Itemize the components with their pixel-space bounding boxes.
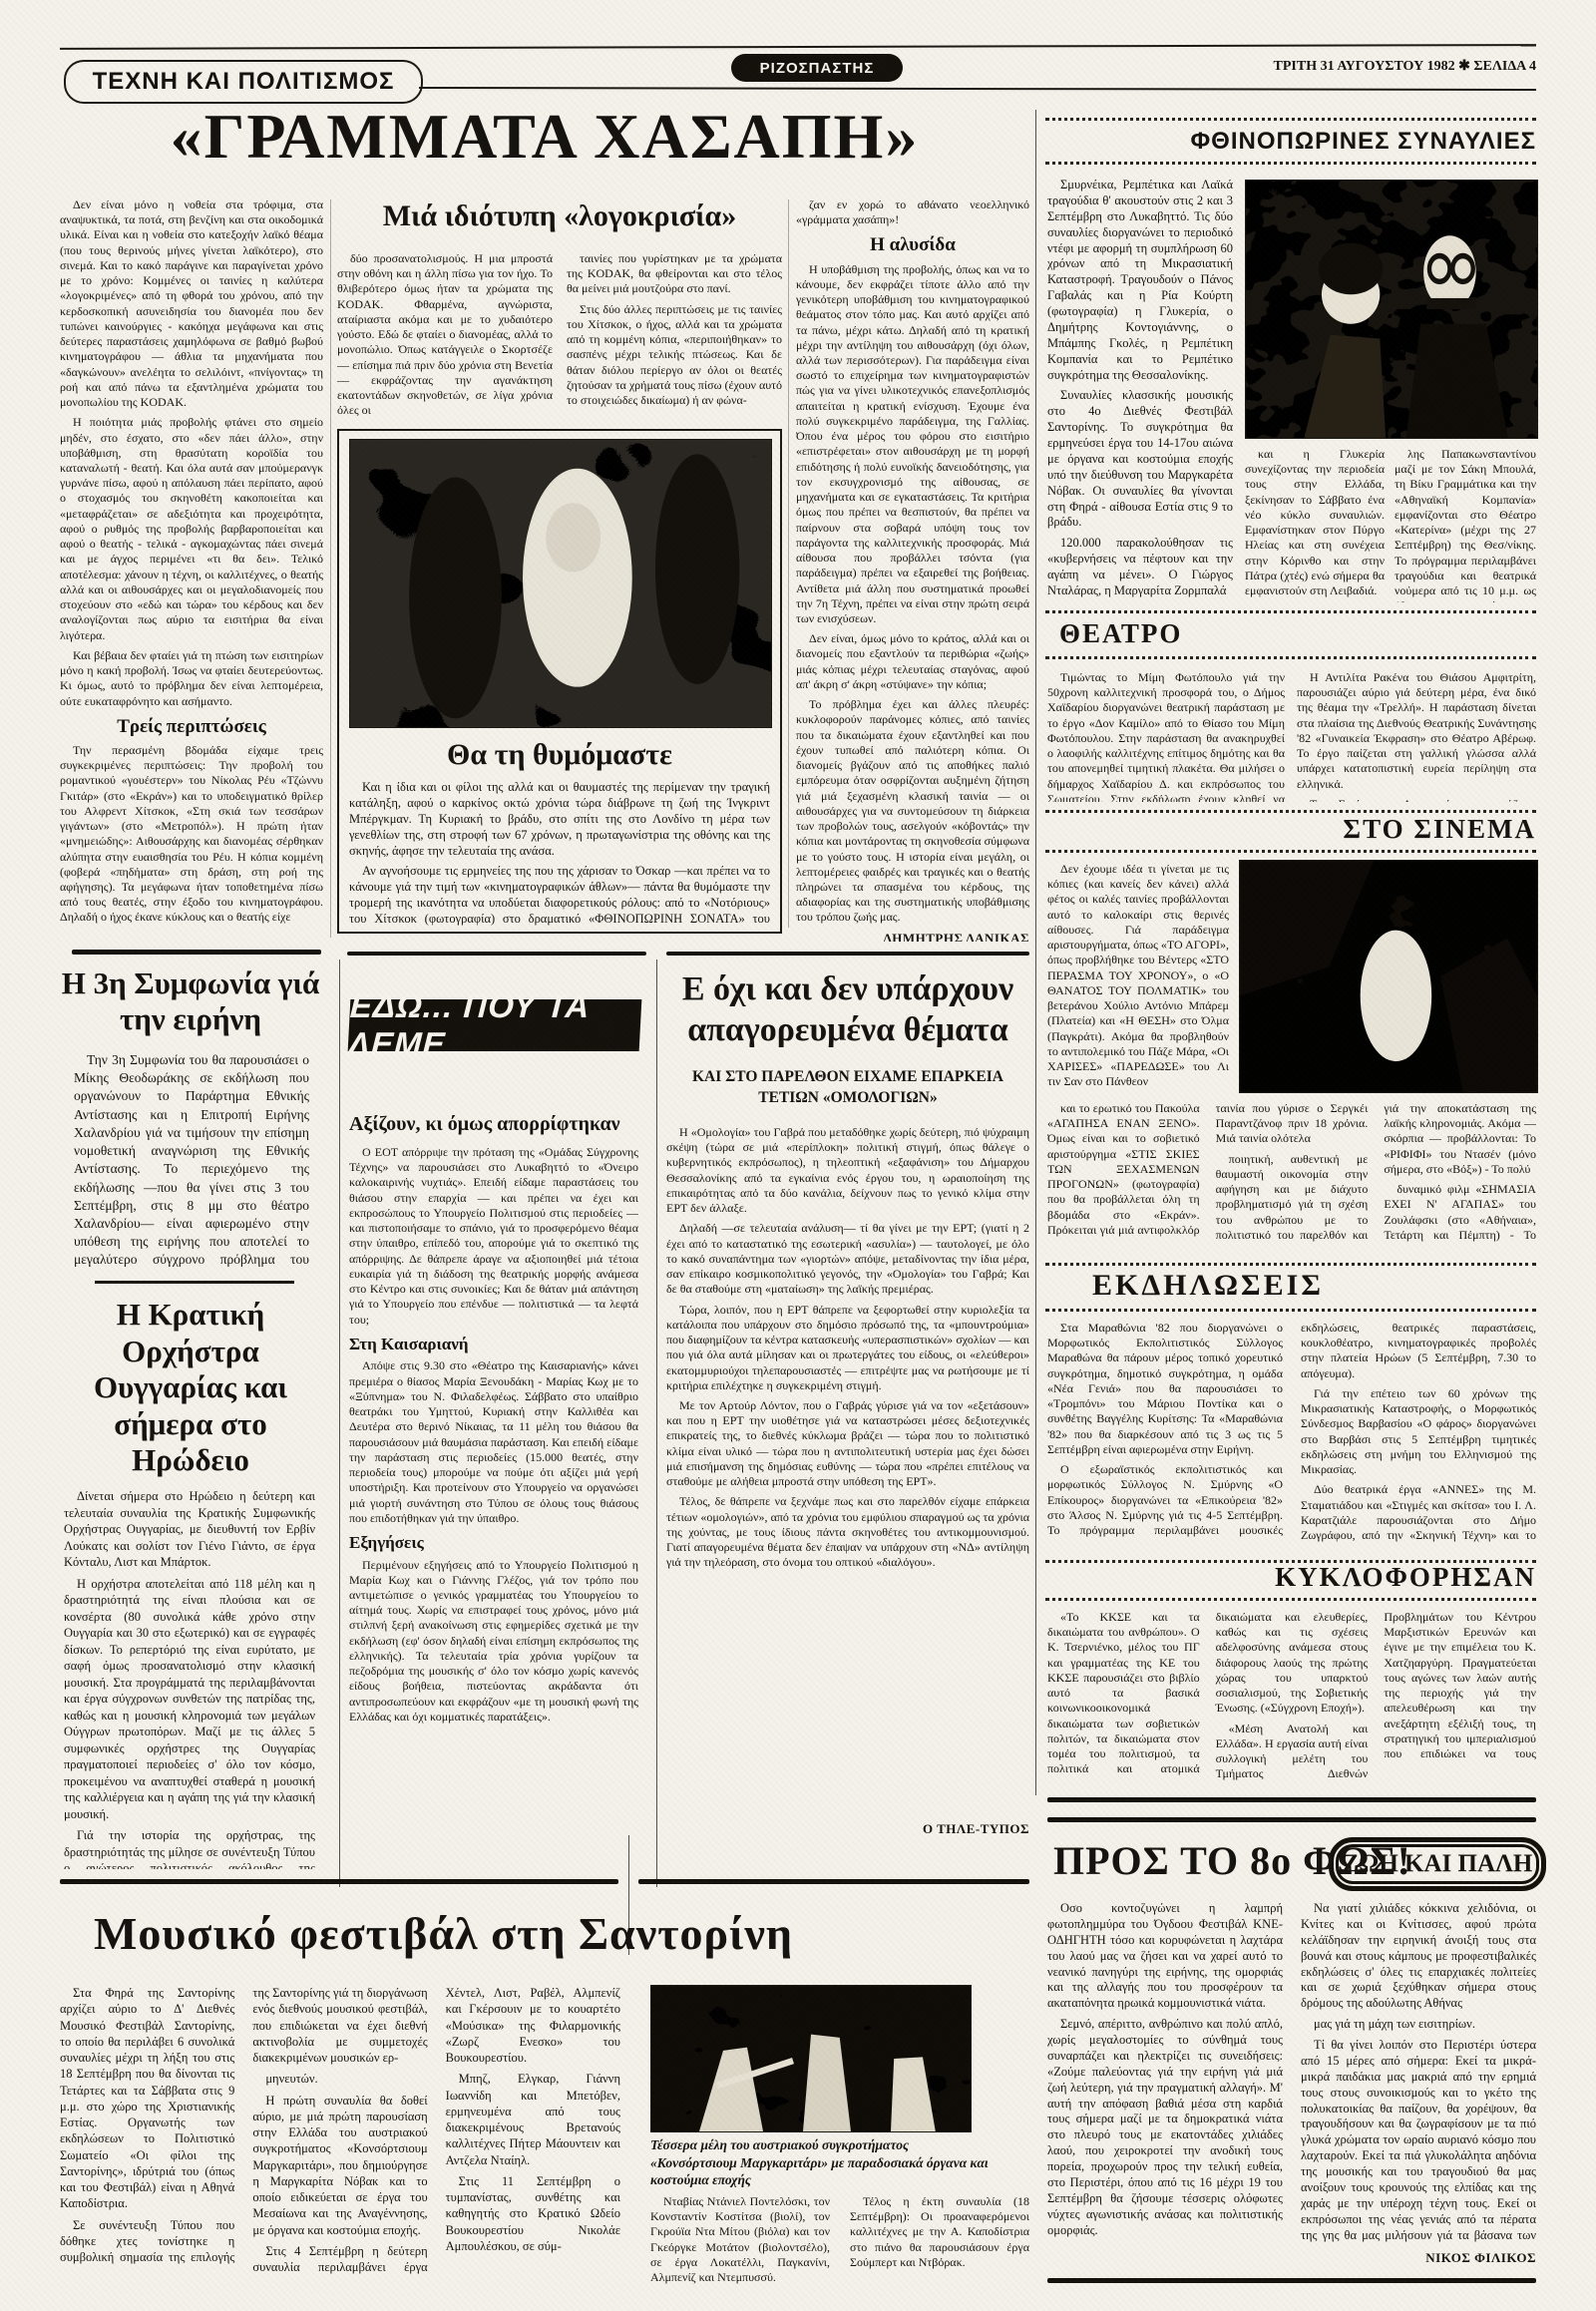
body-text: Απόψε στις 9.30 στο «Θέατρο της Καισαρια… [349, 1358, 638, 1526]
santorini-photo-caption: Τέσσερα μέλη του αυστριακού συγκροτήματο… [650, 2136, 990, 2189]
divider [339, 960, 340, 1887]
body-text: Νταβίας Ντάνιελ Ποντελόσκι, τον Κονσταντ… [650, 2194, 830, 2285]
body-text: Δίνεται σήμερα στο Ηρώδειο η δεύτερη και… [64, 1488, 315, 1571]
rule [1045, 118, 1536, 121]
body-text: 120.000 παρακολούθησαν τις «κυβερνήσεις … [1047, 536, 1233, 599]
body-text: Η πρώτη συναυλία θα δοθεί αύριο, με μιά … [252, 2093, 427, 2238]
body-text: Το πρόβλημα έχει και άλλες πλευρές: κυκλ… [796, 697, 1029, 926]
books-title: ΚΥΚΛΟΦΟΡΗΣΑΝ [1147, 1562, 1536, 1593]
rule [1045, 1598, 1536, 1601]
edo-subhead-3: Εξηγήσεις [349, 1532, 638, 1554]
divider [1035, 110, 1036, 1795]
top-rule [60, 44, 1536, 50]
taboo-kicker: ΚΑΙ ΣΤΟ ΠΑΡΕΛΘΟΝ ΕΙΧΑΜΕ ΕΠΑΡΚΕΙΑ ΤΕΤΙΩΝ … [686, 1067, 1009, 1109]
santorini-title: Μουσικό φεστιβάλ στη Σαντορίνη [60, 1907, 1029, 1960]
rule [347, 952, 646, 956]
body-text: Σμυρνέικα, Ρεμπέτικα και Λαϊκά τραγούδια… [1047, 178, 1233, 383]
body-text: Την περασμένη βδομάδα είχαμε τρεις συγκε… [60, 743, 323, 926]
rule [1045, 1309, 1536, 1312]
santorini-extra-cols: Νταβίας Ντάνιελ Ποντελόσκι, τον Κονσταντ… [650, 2194, 1029, 2304]
events-title: ΕΚΔΗΛΩΣΕΙΣ [1092, 1269, 1324, 1303]
bergman-memorial-box: Θα τη θυμόμαστε Και η ίδια και οι φίλοι … [337, 429, 782, 934]
edo-subhead-1: Αξίζουν, κι όμως απορρίφτηκαν [349, 1113, 640, 1136]
body-text: Να γιατί χιλιάδες κόκκινα χελιδόνια, οι … [1301, 1901, 1536, 2012]
body-text: Στα Φηρά της Σαντορίνης αρχίζει αύριο το… [60, 1985, 234, 2212]
rule [1045, 656, 1536, 659]
lead-column-2: δύο προσανατολισμούς. Η μια μπροστά στην… [337, 251, 553, 423]
festival-byline: ΝΙΚΟΣ ΦΙΛΙΚΟΣ [1337, 2250, 1536, 2266]
shadows-forgotten-ancestors-still-photo [1239, 860, 1538, 1093]
events-cols: Στα Μαραθώνια '82 που διοργανώνει ο Μορφ… [1047, 1321, 1536, 1552]
body-text: Συναυλίες κλασσικής μουσικής στο 4ο Διεθ… [1047, 388, 1233, 531]
rule [1045, 610, 1536, 613]
masthead-rule [419, 87, 1536, 91]
body-text: Δηλαδή —σε τελευταία ανάλυση— τί θα γίνε… [666, 1221, 1029, 1297]
body-text: Τέλος η έκτη συναυλία (18 Σεπτέμβρη): Οι… [850, 2194, 1029, 2270]
body-text: Η «Ομολογία» του Γαβρά που μεταδόθηκε χω… [666, 1125, 1029, 1216]
body-text: Η ορχήστρα αποτελείται από 118 μέλη και … [64, 1576, 315, 1823]
body-text: Η ποιότητα μιάς προβολής φτάνει στο σημε… [60, 415, 323, 643]
consortium-margaritari-photo [650, 1985, 972, 2132]
lead-byline: ΔΗΜΗΤΡΗΣ ΔΑΝΙΚΑΣ [796, 931, 1029, 942]
taboo-byline: Ο ΤΗΛΕ-ΤΥΠΟΣ [830, 1821, 1029, 1837]
theatre-col-1: Τιμώντας το Μίμη Φωτόπουλο γιά την 50χρο… [1047, 670, 1285, 802]
body-text: μηνευτών. [252, 2071, 427, 2087]
body-text: Αν αγνοήσουμε τις ερμηνείες της που της … [349, 864, 770, 930]
edo-subhead-2: Στη Καισαριανή [349, 1334, 638, 1355]
rule [1045, 850, 1536, 853]
body-text: ζαν εν χορώ το αθάνατο νεοελληνικό «γράμ… [796, 197, 1029, 227]
body-text: Σεμνό, απέριττο, ανθρώπινο και πολύ απλό… [1047, 2017, 1283, 2238]
memorial-text: Και η ίδια και οι φίλοι της αλλά και οι … [349, 780, 770, 930]
body-text: Γιά την επέτειο των 60 χρόνων της Μικρασ… [1301, 1386, 1536, 1477]
lead-headline: «ΓΡΑΜΜΑΤΑ ΧΑΣΑΠΗ» [60, 100, 1029, 174]
theatre-title: ΘΕΑΤΡΟ [1059, 618, 1182, 649]
concerts-col-b: και η Γλυκερία συνεχίζοντας την περιοδεί… [1245, 447, 1385, 602]
body-text: Στις 11 Σεπτέμβρη ο τυμπανίστας, συνθέτη… [446, 2173, 620, 2254]
body-text: Ο ΕΟΤ απόρριψε την πρόταση της «Ομάδας Σ… [349, 1145, 638, 1328]
body-text: Τώρα, λοιπόν, που η ΕΡΤ θάπρεπε να ξεφορ… [666, 1303, 1029, 1393]
taboo-text: Η «Ομολογία» του Γαβρά που μεταδόθηκε χω… [666, 1125, 1029, 1815]
cinema-title: ΣΤΟ ΣΙΝΕΜΑ [1147, 814, 1536, 845]
memorial-title: Θα τη θυμόμαστε [349, 738, 770, 772]
body-text: λης Παπακωνσταντίνου μαζί με τον Σάκη Μπ… [1395, 447, 1536, 602]
body-text: Γιά την ιστορία της ορχήστρας, της δραστ… [64, 1827, 315, 1869]
body-text: Δεν είναι μόνο η νοθεία στα τρόφιμα, στα… [60, 197, 323, 410]
notorious-film-still-photo [349, 439, 772, 728]
rule [1047, 1817, 1536, 1822]
concerts-col-c: λης Παπακωνσταντίνου μαζί με τον Σάκη Μπ… [1395, 447, 1536, 602]
body-text: Τιμώντας το Μίμη Φωτόπουλο γιά την 50χρο… [1047, 670, 1285, 802]
rule [1045, 162, 1536, 165]
rule [666, 952, 1029, 956]
festival-cols: Οσο κοντοζυγώνει η λαμπρή φωτοπλημμύρα τ… [1047, 1901, 1536, 2244]
theatre-col-2: Η Αντιλίτα Ρακένα του Θιάσου Αμφιτρίτη, … [1297, 670, 1536, 802]
body-text: μας γιά τη μάχη των εισιτηρίων. [1301, 2017, 1536, 2033]
body-text: Περιμένουν εξηγήσεις από το Υπουργείο Πο… [349, 1558, 638, 1726]
rule [1045, 1263, 1536, 1266]
paper-name-badge: ΡΙΖΟΣΠΑΣΤΗΣ [731, 54, 903, 82]
section-banner: ΤΕΧΝΗ ΚΑΙ ΠΟΛΙΤΙΣΜΟΣ [64, 60, 423, 104]
edo-banner-label: ΕΔΩ... ΠΟΥ ΤΑ ΛΕΜΕ [347, 987, 642, 1063]
zoi-kai-pali-badge: ΖΩΗ ΚΑΙ ΠΑΛΗ [1329, 1837, 1546, 1891]
body-text: Στα Μαραθώνια '82 που διοργανώνει ο Μορφ… [1047, 1321, 1283, 1457]
lead-column-4: ζαν εν χορώ το αθάνατο νεοελληνικό «γράμ… [796, 197, 1029, 942]
symphony-text: Την 3η Συμφωνία του θα παρουσιάσει ο Μίκ… [74, 1051, 309, 1269]
body-text: Δεν είναι, όμως μόνο το κράτος, αλλά και… [796, 631, 1029, 692]
body-text: Δεν έχουμε ιδέα τι γίνεται με τις κόπιες… [1047, 862, 1229, 1090]
concerts-title: ΦΘΙΝΟΠΩΡΙΝΕΣ ΣΥΝΑΥΛΙΕΣ [1147, 128, 1536, 156]
lead-column-1: Δεν είναι μόνο η νοθεία στα τρόφιμα, στα… [60, 197, 323, 948]
zoi-kai-pali-label: ΖΩΗ ΚΑΙ ΠΑΛΗ [1343, 1850, 1533, 1878]
taboo-headline: Ε όχι και δεν υπάρχουν απαγορευμένα θέμα… [666, 969, 1029, 1051]
body-text: Στις δύο άλλες περιπτώσεις με τις ταινίε… [567, 302, 782, 409]
gavalas-kourti-photo [1245, 180, 1538, 439]
body-text: Με τον Αρτούρ Λόντον, που ο Γαβράς γύρισ… [666, 1398, 1029, 1489]
rule [1047, 1797, 1536, 1802]
body-text: Μπηζ, Ελγκαρ, Γιάννη Ιωαννίδη και Μπετόβ… [446, 2071, 620, 2168]
section-banner-label: ΤΕΧΝΗ ΚΑΙ ΠΟΛΙΤΙΣΜΟΣ [93, 68, 395, 96]
books-cols: «Το ΚΚΣΕ και τα δικαιώματα του ανθρώπου»… [1047, 1610, 1536, 1791]
body-text: Η υποβάθμιση της προβολής, όπως και να τ… [796, 262, 1029, 627]
body-text: Την «Ειρήνη» του Αριστοφάνη παρουσιάζει … [1297, 797, 1536, 802]
newspaper-page: ΤΕΧΝΗ ΚΑΙ ΠΟΛΙΤΙΣΜΟΣ ΡΙΖΟΣΠΑΣΤΗΣ ΤΡΙΤΗ 3… [0, 0, 1596, 2311]
body-text: Και η ίδια και οι φίλοι της αλλά και οι … [349, 780, 770, 859]
rule [1047, 2278, 1536, 2283]
rule [1045, 810, 1536, 813]
edo-banner: ΕΔΩ... ΠΟΥ ΤΑ ΛΕΜΕ [348, 999, 642, 1051]
cinema-bottom-cols: και το ερωτικό του Πακούλα «ΑΓΑΠΗΣΑ ΕΝΑΝ… [1047, 1101, 1536, 1253]
paper-name-label: ΡΙΖΟΣΠΑΣΤΗΣ [760, 60, 875, 77]
rule [95, 1281, 294, 1284]
body-text: Και βέβαια δεν φταίει γιά τη πτώση των ε… [60, 648, 323, 709]
edo-text: Ο ΕΟΤ απόρριψε την πρόταση της «Ομάδας Σ… [349, 1145, 638, 1883]
lead-column-3: ταινίες που γυρίστηκαν με τα χρώματα της… [567, 251, 782, 423]
lead-crosshead-chain: Η αλυσίδα [796, 233, 1029, 257]
orchestra-title: Η Κρατική Ορχήστρα Ουγγαρίας και σήμερα … [60, 1297, 321, 1479]
divider [788, 199, 789, 928]
divider [330, 199, 331, 938]
body-text: και η Γλυκερία συνεχίζοντας την περιοδεί… [1245, 447, 1385, 598]
divider [656, 960, 657, 1887]
lead-subhead: Μιά ιδιότυπη «λογοκρισία» [337, 199, 782, 233]
body-text: Η Αντιλίτα Ρακένα του Θιάσου Αμφιτρίτη, … [1297, 670, 1536, 792]
body-text: δύο προσανατολισμούς. Η μια μπροστά στην… [337, 251, 553, 419]
body-text: Την 3η Συμφωνία του θα παρουσιάσει ο Μίκ… [74, 1051, 309, 1269]
body-text: Οσο κοντοζυγώνει η λαμπρή φωτοπλημμύρα τ… [1047, 1901, 1283, 2012]
page-dateline: ΤΡΙΤΗ 31 ΑΥΓΟΥΣΤΟΥ 1982 ✱ ΣΕΛΙΔΑ 4 [1137, 58, 1536, 75]
lead-crosshead-three-cases: Τρείς περιπτώσεις [60, 715, 323, 739]
rule [638, 1879, 1029, 1884]
concerts-col-a: Σμυρνέικα, Ρεμπέτικα και Λαϊκά τραγούδια… [1047, 178, 1233, 600]
body-text: Τέλος, δε θάπρεπε να ξεχνάμε πως και στο… [666, 1494, 1029, 1570]
cinema-side-col: Δεν έχουμε ιδέα τι γίνεται με τις κόπιες… [1047, 862, 1229, 1091]
orchestra-text: Δίνεται σήμερα στο Ηρώδειο η δεύτερη και… [64, 1488, 315, 1869]
symphony-title: Η 3η Συμφωνία γιά την ειρήνη [60, 965, 321, 1036]
santorini-cols: Στα Φηρά της Σαντορίνης αρχίζει αύριο το… [60, 1985, 620, 2300]
body-text: ταινίες που γυρίστηκαν με τα χρώματα της… [567, 251, 782, 297]
rule [72, 950, 321, 955]
